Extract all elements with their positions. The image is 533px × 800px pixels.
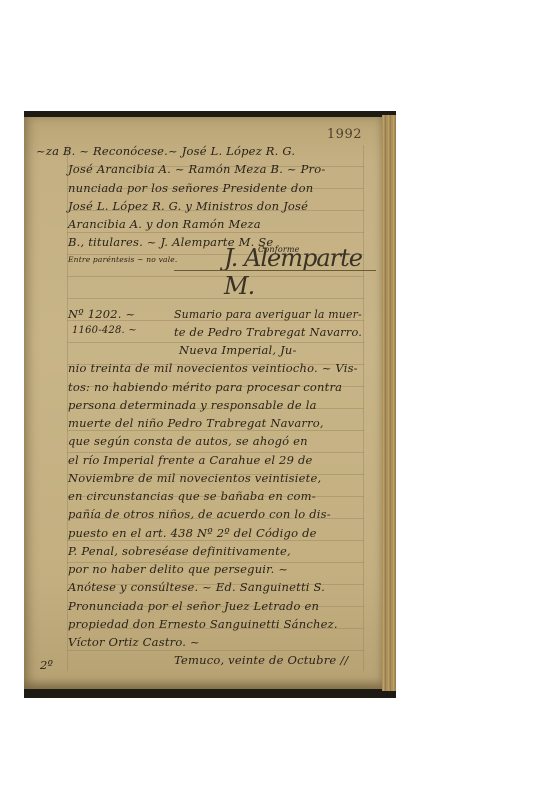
body-line: en circunstancias que se bañaba en com- (68, 489, 316, 503)
body-line: el río Imperial frente a Carahue el 29 d… (68, 453, 313, 467)
text-line: José L. López R. G. y Ministros don José (68, 199, 308, 213)
closing-line: Temuco, veinte de Octubre // (174, 653, 348, 667)
separator-line (174, 270, 376, 271)
text-line: Arancibia A. y don Ramón Meza (68, 217, 261, 231)
body-line: Noviembre de mil novecientos veintisiete… (68, 471, 321, 485)
margin-note: Entre paréntesis ~ no vale. (68, 255, 178, 264)
title-line: Nueva Imperial, Ju- (179, 343, 297, 357)
body-line: muerte del niño Pedro Trabregat Navarro, (68, 416, 324, 430)
ledger-photo: 1992 ~za B. ~ Reconócese.~ José L. López… (24, 111, 396, 698)
text-line: nunciada por los señores Presidente don (68, 181, 313, 195)
page-edges (382, 115, 396, 691)
body-line: P. Penal, sobreséase definitivamente, (68, 544, 291, 558)
signature: J. Alemparte M. (224, 244, 382, 300)
title-line: Sumario para averiguar la muer- (174, 307, 362, 321)
body-line: Pronunciada por el señor Juez Letrado en (68, 599, 319, 613)
page-number: 1992 (327, 127, 362, 142)
text-line: José Arancibia A. ~ Ramón Meza B. ~ Pro- (68, 162, 325, 176)
text-line: ~za B. ~ Reconócese.~ José L. López R. G… (36, 144, 295, 158)
body-line: tos: no habiendo mérito para procesar co… (68, 380, 342, 394)
title-line: te de Pedro Trabregat Navarro. (174, 325, 362, 339)
ledger-page: 1992 ~za B. ~ Reconócese.~ José L. López… (24, 117, 382, 689)
body-line: puesto en el art. 438 Nº 2º del Código d… (68, 526, 317, 540)
body-line: que según consta de autos, se ahogó en (68, 434, 308, 448)
body-line: pañía de otros niños, de acuerdo con lo … (68, 507, 331, 521)
body-line: nio treinta de mil novecientos veintioch… (68, 361, 358, 375)
entry-reference: 1160-428. ~ (72, 325, 137, 336)
body-line: persona determinada y responsable de la (68, 398, 317, 412)
body-line: por no haber delito que perseguir. ~ (68, 562, 288, 576)
body-line: propiedad don Ernesto Sanguinetti Sánche… (68, 617, 338, 631)
body-line: Anótese y consúltese. ~ Ed. Sanguinetti … (68, 580, 325, 594)
margin-mark: 2º (40, 658, 53, 672)
entry-number: Nº 1202. ~ (68, 307, 135, 321)
body-line: Víctor Ortiz Castro. ~ (68, 635, 200, 649)
